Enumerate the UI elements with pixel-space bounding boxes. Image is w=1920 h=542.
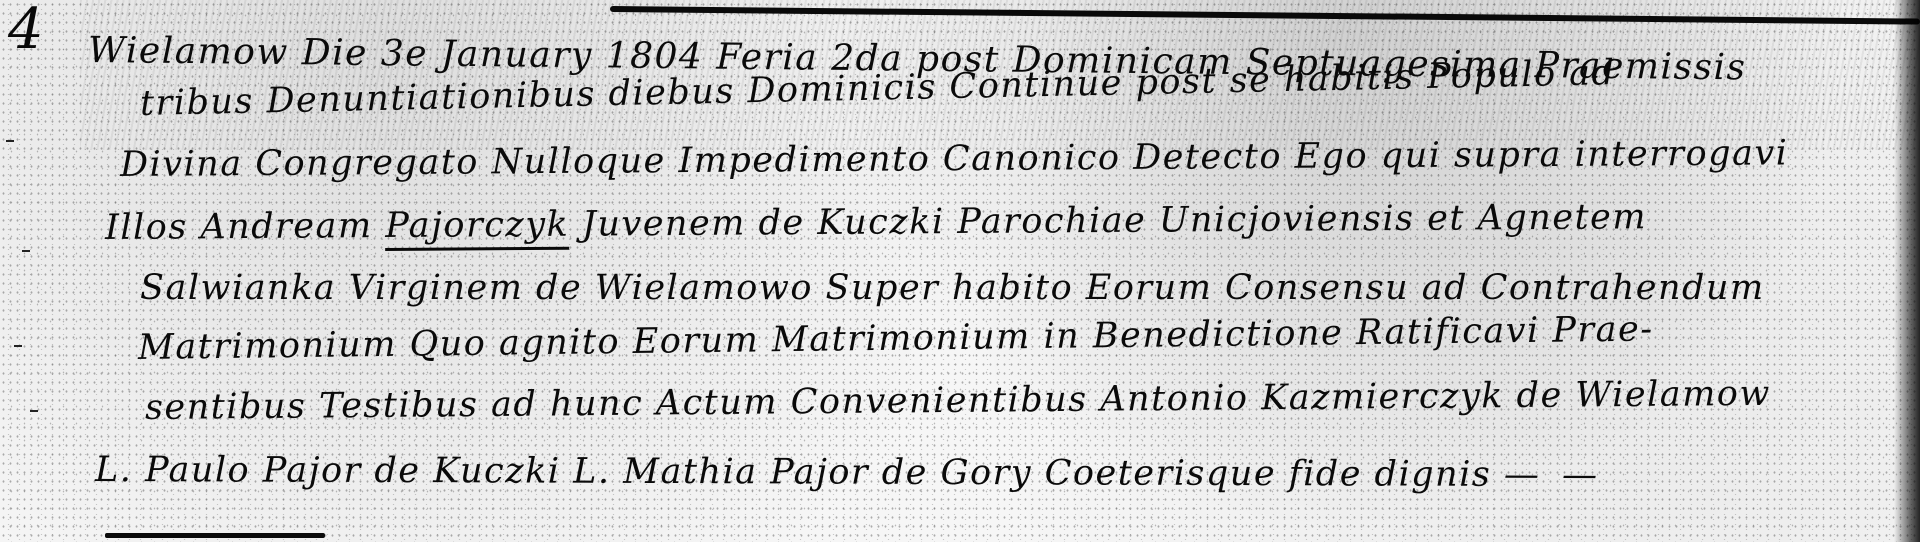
margin-mark: [6, 140, 14, 142]
record-line-7: sentibus Testibus ad hunc Actum Convenie…: [145, 374, 1771, 428]
margin-mark: [22, 250, 30, 252]
page-edge-shadow: [1894, 0, 1920, 542]
record-line-5: Salwiankа Virginem de Wielamowo Super ha…: [140, 268, 1765, 308]
trailing-dashes: — —: [1504, 455, 1603, 495]
record-line-8: L. Paulo Pajor de Kuczki L. Mathia Pajor…: [95, 450, 1603, 495]
margin-mark: [14, 345, 22, 347]
document-page: 4 Wielamow Die 3e January 1804 Feria 2da…: [0, 0, 1920, 542]
record-line-6: Matrimonium Quo agnito Eorum Matrimonium…: [138, 309, 1654, 368]
top-ruling-line: [610, 6, 1920, 25]
bottom-ruling-line: [105, 533, 325, 538]
line-prefix: L.: [573, 452, 611, 492]
record-line-3: Divina Congregato Nulloque Impedimento C…: [120, 133, 1789, 185]
entry-number: 4: [8, 2, 44, 58]
record-line-4: Illos Andream Pajorczyk Juvenem de Kuczk…: [105, 197, 1647, 248]
underlined-surname: Pajorczyk: [385, 205, 569, 251]
line-prefix: Illos: [105, 207, 188, 248]
line-prefix: L.: [95, 450, 133, 490]
margin-mark: [30, 410, 38, 412]
